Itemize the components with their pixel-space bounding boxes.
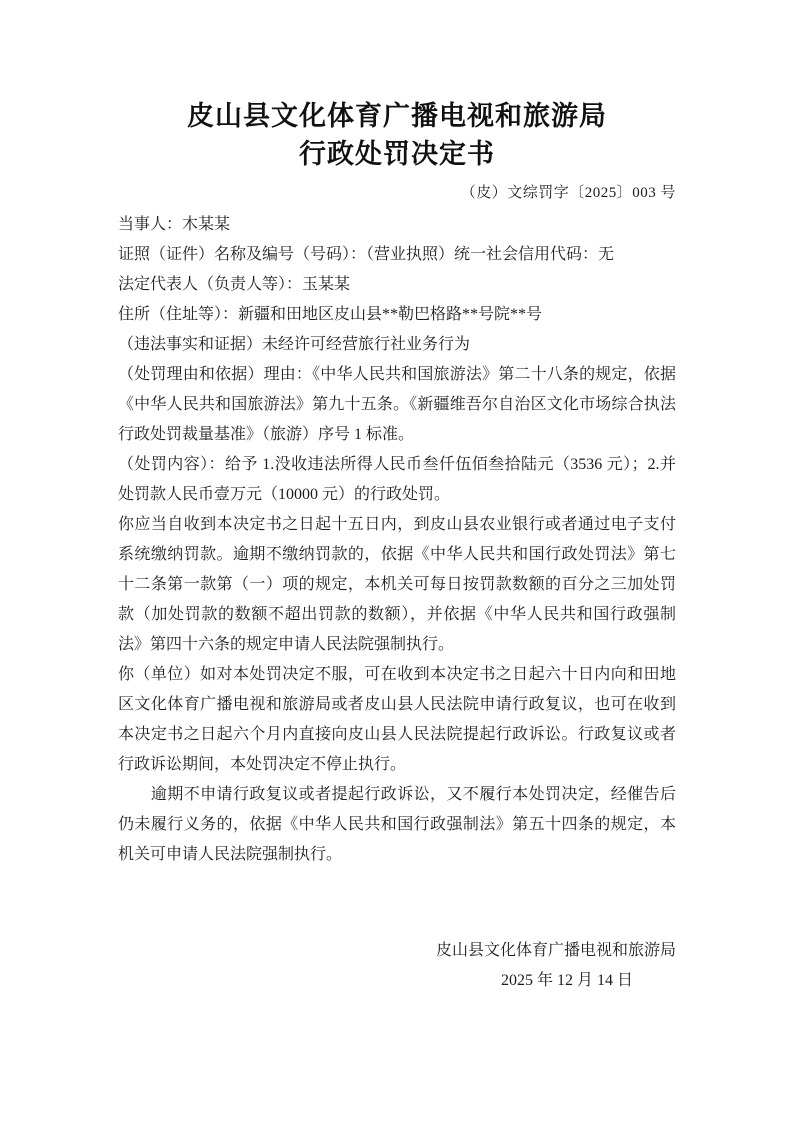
payment-instructions-paragraph: 你应当自收到本决定书之日起十五日内，到皮山县农业银行或者通过电子支付系统缴纳罚款… — [118, 510, 676, 660]
document-title-agency: 皮山县文化体育广播电视和旅游局 — [118, 97, 676, 135]
document-body: 当事人：木某某 证照（证件）名称及编号（号码）：（营业执照）统一社会信用代码：无… — [118, 210, 676, 870]
document-title-type: 行政处罚决定书 — [118, 135, 676, 173]
document-number: （皮）文综罚字〔2025〕003 号 — [118, 183, 676, 203]
signature-block: 皮山县文化体育广播电视和旅游局 2025 年 12 月 14 日 — [118, 936, 676, 996]
party-name-line: 当事人：木某某 — [118, 210, 676, 240]
enforcement-warning-paragraph: 逾期不申请行政复议或者提起行政诉讼，又不履行本处罚决定，经催告后仍未履行义务的，… — [118, 780, 676, 870]
penalty-content-paragraph: （处罚内容）：给予 1.没收违法所得人民币叁仟伍佰叁拾陆元（3536 元）；2.… — [118, 450, 676, 510]
document-title: 皮山县文化体育广播电视和旅游局 行政处罚决定书 — [118, 97, 676, 173]
penalty-basis-paragraph: （处罚理由和依据）理由：《中华人民共和国旅游法》第二十八条的规定，依据《中华人民… — [118, 360, 676, 450]
license-info-line: 证照（证件）名称及编号（号码）：（营业执照）统一社会信用代码：无 — [118, 240, 676, 270]
signature-date: 2025 年 12 月 14 日 — [118, 966, 676, 996]
appeal-rights-paragraph: 你（单位）如对本处罚决定不服，可在收到本决定书之日起六十日内向和田地区文化体育广… — [118, 660, 676, 780]
legal-representative-line: 法定代表人（负责人等）：玉某某 — [118, 270, 676, 300]
penalty-decision-document: 皮山县文化体育广播电视和旅游局 行政处罚决定书 （皮）文综罚字〔2025〕003… — [0, 0, 793, 1122]
violation-facts-paragraph: （违法事实和证据）未经许可经营旅行社业务行为 — [118, 330, 676, 360]
address-line: 住所（住址等）：新疆和田地区皮山县**勒巴格路**号院**号 — [118, 300, 676, 330]
signature-agency: 皮山县文化体育广播电视和旅游局 — [118, 936, 676, 966]
